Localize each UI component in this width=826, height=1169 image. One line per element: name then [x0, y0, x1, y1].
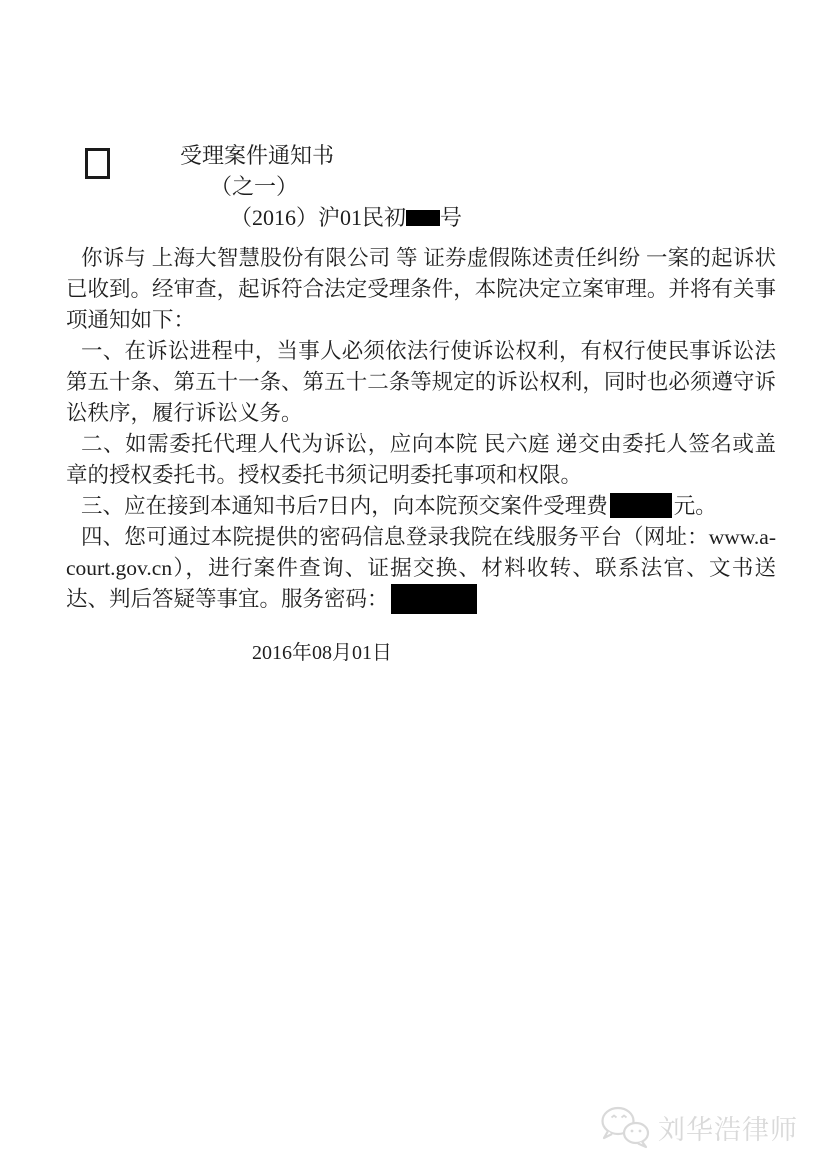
issue-date: 2016年08月01日 — [252, 641, 776, 665]
case-number-prefix: （2016）沪01民初 — [230, 205, 406, 230]
lawyer-watermark: 刘华浩律师 — [598, 1104, 798, 1150]
case-number-redaction — [406, 210, 440, 226]
paragraph-item-1: 一、在诉讼进程中，当事人必须依法行使诉讼权利，有权行使民事诉讼法第五十条、第五十… — [66, 336, 776, 429]
fee-sentence-suffix: 元。 — [674, 494, 717, 518]
service-password-redaction — [391, 584, 477, 614]
fee-amount-redaction — [610, 493, 672, 518]
notice-document-page: 受理案件通知书 （之一） （2016）沪01民初号 你诉与 上海大智慧股份有限公… — [0, 0, 826, 1169]
paragraph-intro: 你诉与 上海大智慧股份有限公司 等 证券虚假陈述责任纠纷 一案的起诉状已收到。经… — [66, 243, 776, 336]
notice-body: 你诉与 上海大智慧股份有限公司 等 证券虚假陈述责任纠纷 一案的起诉状已收到。经… — [66, 243, 776, 665]
paragraph-item-3: 三、应在接到本通知书后7日内，向本院预交案件受理费元。 — [66, 491, 776, 522]
document-header: 受理案件通知书 （之一） （2016）沪01民初号 — [0, 140, 826, 233]
paragraph-item-2: 二、如需委托代理人代为诉讼，应向本院 民六庭 递交由委托人签名或盖章的授权委托书… — [66, 429, 776, 491]
watermark-text: 刘华浩律师 — [658, 1108, 798, 1147]
case-number-suffix: 号 — [440, 205, 462, 230]
document-title: 受理案件通知书 — [180, 140, 826, 171]
case-number-line: （2016）沪01民初号 — [230, 202, 826, 233]
paragraph-item-4: 四、您可通过本院提供的密码信息登录我院在线服务平台（网址：www.a-court… — [66, 522, 776, 615]
wechat-icon — [598, 1104, 652, 1150]
fee-sentence-prefix: 三、应在接到本通知书后7日内，向本院预交案件受理费 — [81, 494, 608, 518]
document-part-label: （之一） — [210, 171, 826, 202]
